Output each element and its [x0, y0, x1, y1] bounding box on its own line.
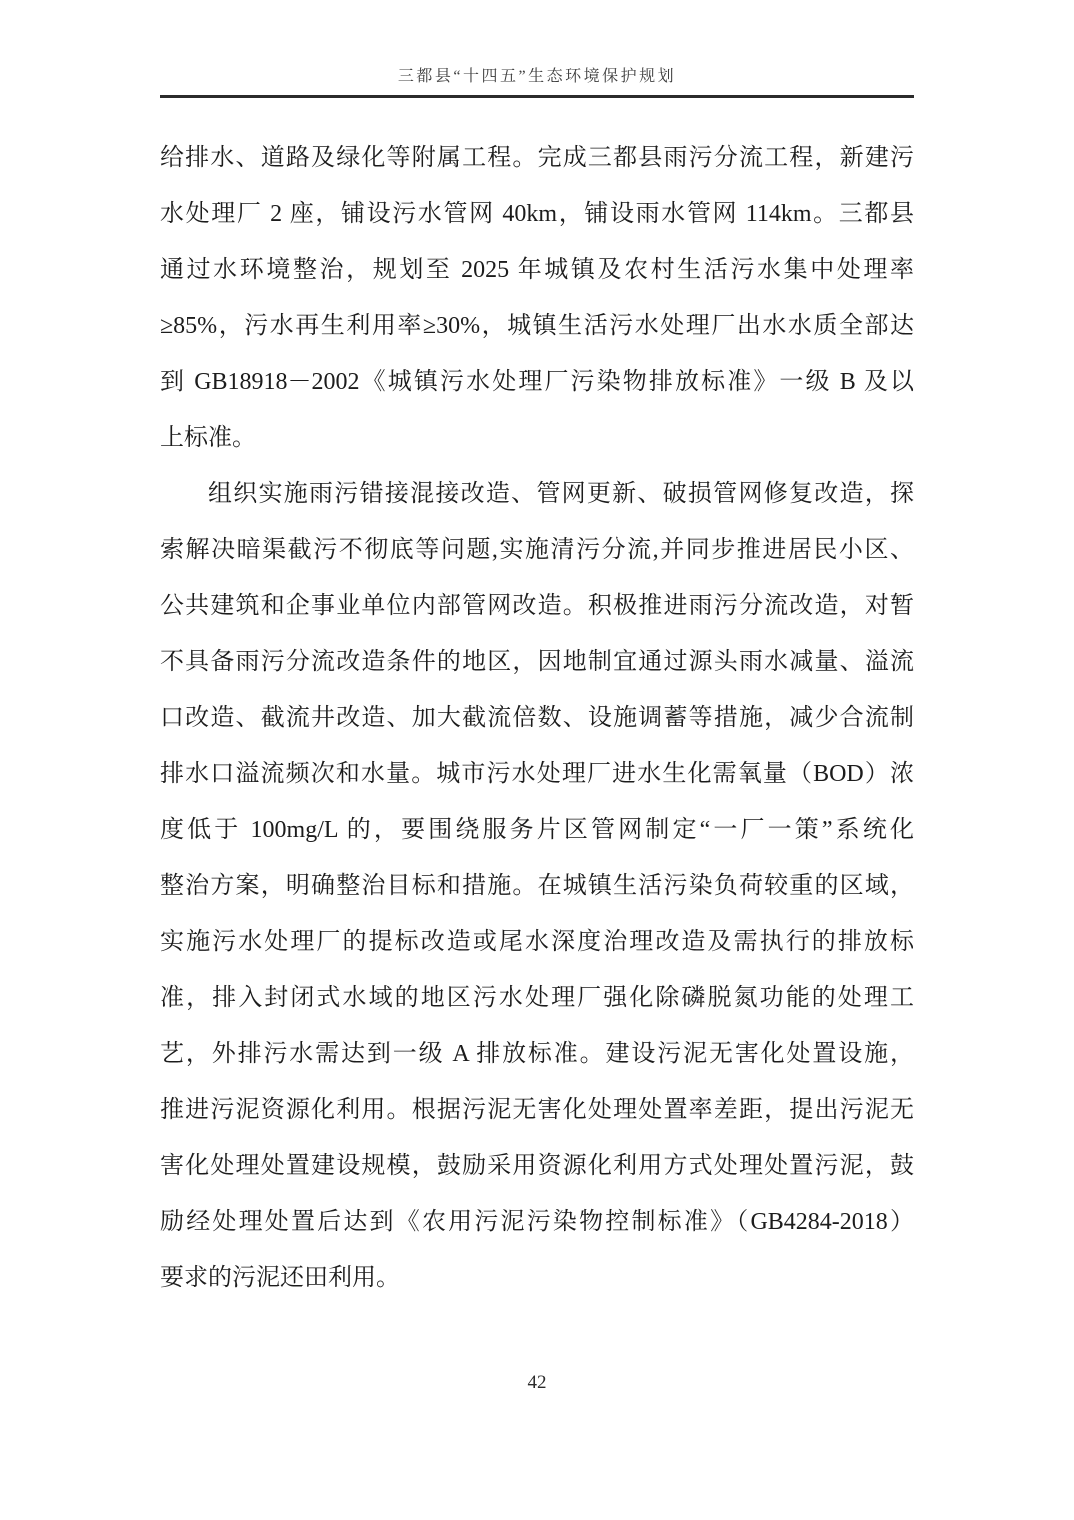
body-line: 害化处理处置建设规模，鼓励采用资源化利用方式处理处置污泥，鼓 — [160, 1138, 914, 1194]
body-line: 要求的污泥还田利用。 — [160, 1250, 914, 1306]
body-line: ≥85%，污水再生利用率≥30%，城镇生活污水处理厂出水水质全部达 — [160, 298, 914, 354]
document-body: 给排水、道路及绿化等附属工程。完成三都县雨污分流工程，新建污 水处理厂 2 座，… — [160, 130, 914, 1306]
body-line: 排水口溢流频次和水量。城市污水处理厂进水生化需氧量（BOD）浓 — [160, 746, 914, 802]
page-number: 42 — [528, 1372, 547, 1393]
body-line: 水处理厂 2 座，铺设污水管网 40km，铺设雨水管网 114km。三都县 — [160, 186, 914, 242]
body-line: 整治方案，明确整治目标和措施。在城镇生活污染负荷较重的区域， — [160, 858, 914, 914]
body-line: 不具备雨污分流改造条件的地区，因地制宜通过源头雨水减量、溢流 — [160, 634, 914, 690]
body-line: 口改造、截流井改造、加大截流倍数、设施调蓄等措施，减少合流制 — [160, 690, 914, 746]
body-line: 到 GB18918－2002《城镇污水处理厂污染物排放标准》一级 B 及以 — [160, 354, 914, 410]
page-header: 三都县“十四五”生态环境保护规划 — [160, 66, 914, 98]
body-line: 通过水环境整治，规划至 2025 年城镇及农村生活污水集中处理率 — [160, 242, 914, 298]
paragraph: 给排水、道路及绿化等附属工程。完成三都县雨污分流工程，新建污 水处理厂 2 座，… — [160, 130, 914, 466]
body-line: 实施污水处理厂的提标改造或尾水深度治理改造及需执行的排放标 — [160, 914, 914, 970]
body-line: 上标准。 — [160, 410, 914, 466]
body-line: 推进污泥资源化利用。根据污泥无害化处理处置率差距，提出污泥无 — [160, 1082, 914, 1138]
body-line: 索解决暗渠截污不彻底等问题,实施清污分流,并同步推进居民小区、 — [160, 522, 914, 578]
page-footer: 42 — [0, 1372, 1074, 1394]
body-line: 公共建筑和企事业单位内部管网改造。积极推进雨污分流改造，对暂 — [160, 578, 914, 634]
body-line: 准，排入封闭式水域的地区污水处理厂强化除磷脱氮功能的处理工 — [160, 970, 914, 1026]
body-line: 组织实施雨污错接混接改造、管网更新、破损管网修复改造，探 — [160, 466, 914, 522]
body-line: 度低于 100mg/L 的，要围绕服务片区管网制定“一厂一策”系统化 — [160, 802, 914, 858]
document-page: 三都县“十四五”生态环境保护规划 给排水、道路及绿化等附属工程。完成三都县雨污分… — [0, 0, 1074, 1520]
body-line: 给排水、道路及绿化等附属工程。完成三都县雨污分流工程，新建污 — [160, 130, 914, 186]
header-title: 三都县“十四五”生态环境保护规划 — [398, 68, 676, 85]
body-line: 励经处理处置后达到《农用污泥污染物控制标准》（GB4284-2018） — [160, 1194, 914, 1250]
paragraph: 组织实施雨污错接混接改造、管网更新、破损管网修复改造，探 索解决暗渠截污不彻底等… — [160, 466, 914, 1306]
body-line: 艺，外排污水需达到一级 A 排放标准。建设污泥无害化处置设施， — [160, 1026, 914, 1082]
